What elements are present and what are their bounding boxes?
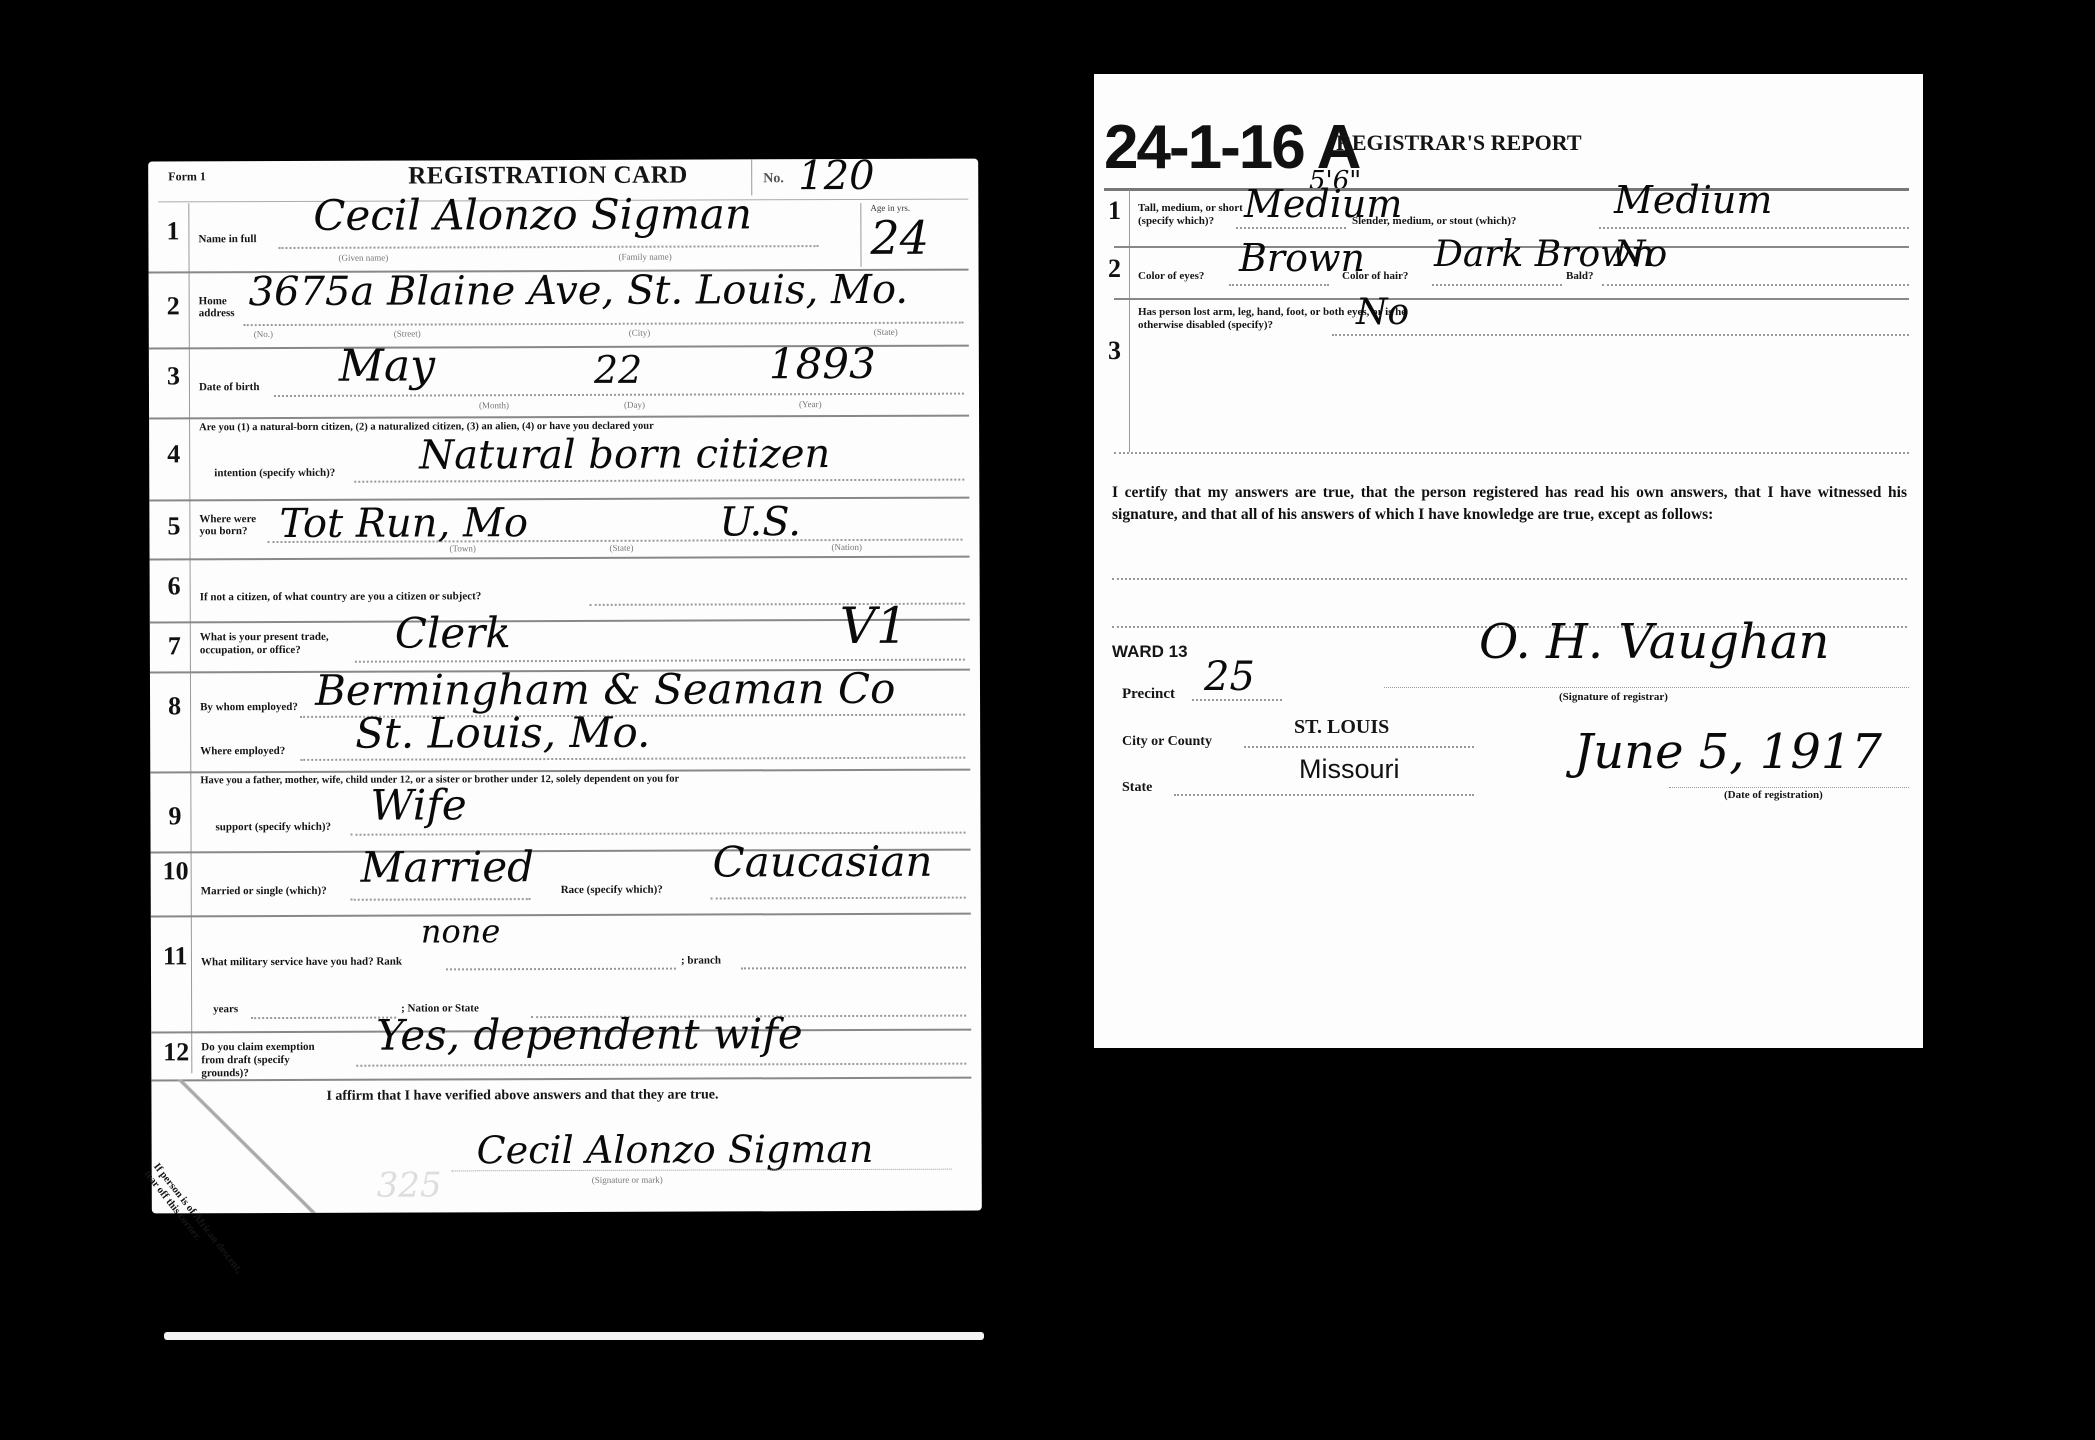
row-number: 7 — [168, 631, 181, 661]
registrant-signature: Cecil Alonzo Sigman — [477, 1127, 874, 1172]
city-sublabel: (City) — [629, 328, 651, 338]
row-number: 2 — [167, 291, 180, 321]
registrar-signature-label: (Signature of registrar) — [1559, 691, 1668, 703]
race-answer: Caucasian — [713, 837, 933, 887]
state-stamp: Missouri — [1299, 754, 1400, 785]
card-number-label: No. — [763, 171, 784, 187]
form-label: Form 1 — [168, 169, 206, 184]
birth-year: 1893 — [769, 339, 876, 388]
build-label: Slender, medium, or stout (which)? — [1352, 215, 1516, 228]
birthplace-label: Where were you born? — [199, 513, 259, 537]
bald-label: Bald? — [1566, 270, 1594, 283]
citizenship-answer: Natural born citizen — [419, 431, 830, 478]
row-number: 1 — [166, 216, 179, 246]
card-number: 120 — [798, 153, 875, 199]
military-service-label: What military service have you had? Rank — [201, 956, 402, 969]
employer-label: By whom employed? — [200, 701, 298, 713]
name-label: Name in full — [198, 233, 256, 245]
registration-date: June 5, 1917 — [1574, 724, 1882, 780]
hair-color-label: Color of hair? — [1342, 270, 1408, 283]
bottom-paper-strip — [164, 1332, 984, 1340]
marital-status-label: Married or single (which)? — [201, 885, 327, 897]
date-of-birth-label: Date of birth — [199, 381, 260, 393]
name-answer: Cecil Alonzo Sigman — [313, 189, 752, 240]
precinct-label: Precinct — [1122, 686, 1175, 703]
dependents-answer: Wife — [370, 780, 466, 829]
registrars-report: 24-1-16 A REGISTRAR'S REPORT 5'6" 1 Tall… — [1094, 74, 1923, 1048]
affirmation-text: I affirm that I have verified above answ… — [326, 1087, 718, 1104]
marital-status-answer: Married — [361, 842, 535, 892]
age-answer: 24 — [870, 211, 929, 265]
employment-place-label: Where employed? — [200, 745, 285, 757]
occupation-answer: Clerk — [395, 608, 511, 657]
row-number: 6 — [168, 571, 181, 601]
city-county-label: City or County — [1122, 734, 1212, 750]
date-label: (Date of registration) — [1724, 789, 1823, 801]
city-stamp: ST. LOUIS — [1294, 716, 1389, 739]
foreign-citizenship-label: If not a citizen, of what country are yo… — [200, 590, 482, 603]
exemption-answer: Yes, dependent wife — [376, 1009, 803, 1059]
row-number: 11 — [163, 941, 188, 971]
row-number: 5 — [167, 511, 180, 541]
support-label: support (specify which)? — [215, 821, 331, 833]
registration-card: Form 1 REGISTRATION CARD No. 120 1 Name … — [148, 159, 982, 1214]
intention-label: intention (specify which)? — [214, 467, 335, 479]
town-sublabel: (Town) — [450, 543, 476, 553]
row-number: 2 — [1108, 254, 1121, 284]
card-title: REGISTRATION CARD — [408, 162, 688, 191]
row-number: 1 — [1108, 196, 1121, 226]
signature-sublabel: (Signature or mark) — [592, 1175, 663, 1185]
birth-day: 22 — [594, 348, 643, 392]
state-sublabel: (State) — [610, 543, 634, 553]
no-sublabel: (No.) — [254, 329, 273, 339]
home-address-answer: 3675a Blaine Ave, St. Louis, Mo. — [249, 267, 909, 315]
bald-answer: No — [1614, 234, 1667, 275]
family-name-sublabel: (Family name) — [618, 252, 671, 262]
disability-answer: No — [1356, 292, 1409, 333]
row-number: 12 — [163, 1037, 189, 1067]
race-label: Race (specify which)? — [561, 884, 663, 896]
occupation-mark: V1 — [840, 597, 908, 655]
state-label: State — [1122, 780, 1152, 796]
build-answer: Medium — [1614, 178, 1772, 222]
year-sublabel: (Year) — [799, 399, 822, 409]
exemption-label: Do you claim exemption from draft (speci… — [201, 1041, 326, 1080]
street-sublabel: (Street) — [394, 329, 421, 339]
state-sublabel: (State) — [874, 327, 898, 337]
given-name-sublabel: (Given name) — [338, 253, 388, 263]
row-number: 10 — [163, 856, 189, 886]
month-sublabel: (Month) — [479, 400, 509, 410]
home-address-label: Home address — [199, 295, 239, 319]
ward-stamp: WARD 13 — [1112, 642, 1188, 662]
occupation-label: What is your present trade, occupation, … — [200, 631, 330, 657]
row-number: 4 — [167, 439, 180, 469]
row-number: 8 — [168, 691, 181, 721]
height-label: Tall, medium, or short (specify which)? — [1138, 202, 1258, 228]
employment-place-answer: St. Louis, Mo. — [355, 708, 650, 758]
row-number: 3 — [167, 361, 180, 391]
birth-month: May — [339, 340, 435, 391]
report-title: REGISTRAR'S REPORT — [1336, 130, 1582, 156]
row-number: 3 — [1108, 336, 1121, 366]
certification-text: I certify that my answers are true, that… — [1112, 482, 1907, 526]
day-sublabel: (Day) — [624, 400, 645, 410]
military-service-answer: none — [421, 912, 501, 950]
branch-label: ; branch — [681, 954, 721, 966]
precinct-answer: 25 — [1204, 654, 1255, 700]
birth-town: Tot Run, Mo — [279, 500, 528, 547]
birth-nation: U.S. — [719, 499, 801, 545]
nation-sublabel: (Nation) — [831, 542, 862, 552]
registrar-signature: O. H. Vaughan — [1479, 614, 1829, 670]
row-number: 9 — [168, 801, 181, 831]
eye-color-label: Color of eyes? — [1138, 270, 1204, 283]
years-label: years — [213, 1003, 238, 1015]
faint-number: 325 — [377, 1165, 442, 1205]
